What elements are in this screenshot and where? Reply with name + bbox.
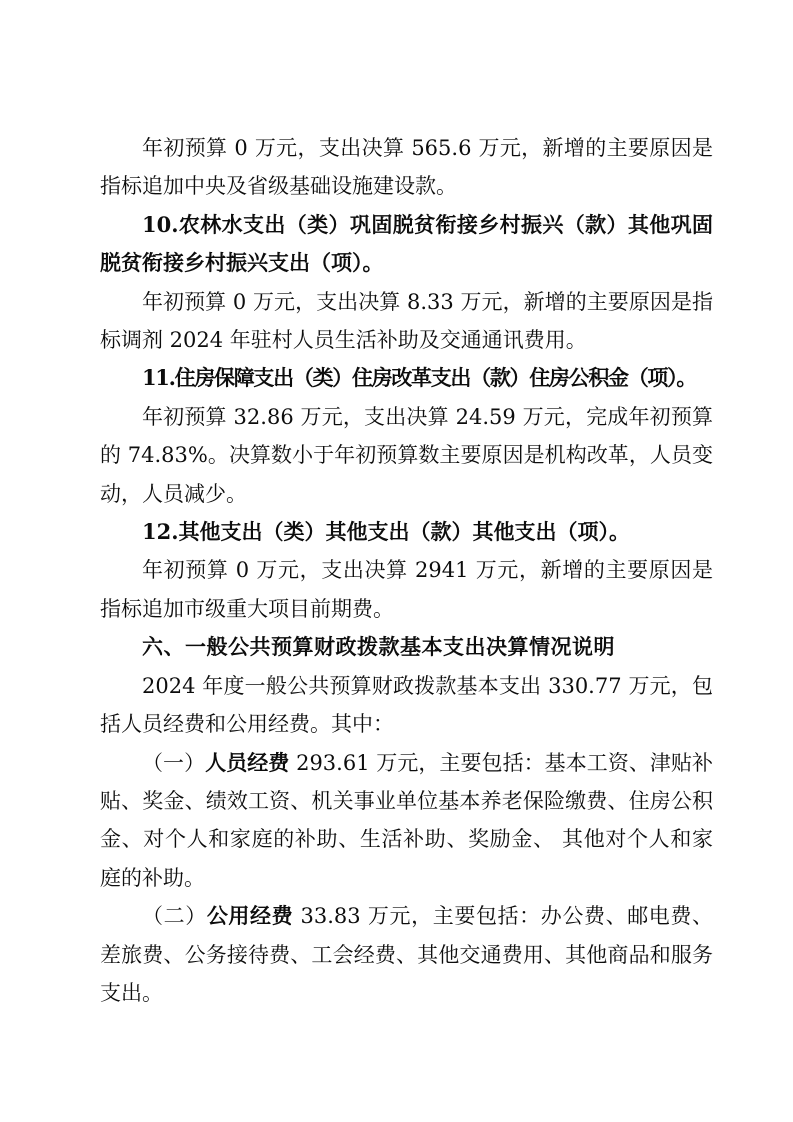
paragraph-budget-8-33: 年初预算 0 万元，支出决算 8.33 万元，新增的主要原因是指标调剂 2024… (100, 283, 713, 360)
term-personnel-expense: 人员经费 (205, 750, 289, 775)
term-public-expense: 公用经费 (207, 903, 293, 928)
paragraph-budget-32-86: 年初预算 32.86 万元，支出决算 24.59 万元，完成年初预算的 74.8… (100, 398, 713, 513)
document-page: 年初预算 0 万元，支出决算 565.6 万元，新增的主要原因是指标追加中央及省… (0, 0, 793, 1122)
paragraph-basic-expenditure-total: 2024 年度一般公共预算财政拨款基本支出 330.77 万元，包括人员经费和公… (100, 667, 713, 744)
subsection-heading-11: 11.住房保障支出（类）住房改革支出（款）住房公积金（项）。 (100, 359, 713, 397)
subsection-heading-10: 10.农林水支出（类）巩固脱贫衔接乡村振兴（款）其他巩固脱贫衔接乡村振兴支出（项… (100, 206, 713, 283)
list-marker-one: （一） (142, 751, 205, 775)
paragraph-budget-2941: 年初预算 0 万元，支出决算 2941 万元，新增的主要原因是指标追加市级重大项… (100, 551, 713, 628)
subsection-heading-12: 12.其他支出（类）其他支出（款）其他支出（项）。 (100, 513, 713, 551)
paragraph-personnel-expense: （一）人员经费 293.61 万元，主要包括：基本工资、津贴补贴、奖金、绩效工资… (100, 744, 713, 898)
paragraph-public-expense: （二）公用经费 33.83 万元，主要包括：办公费、邮电费、差旅费、公务接待费、… (100, 897, 713, 1012)
section-heading-six: 六、一般公共预算财政拨款基本支出决算情况说明 (100, 628, 713, 666)
document-body: 年初预算 0 万元，支出决算 565.6 万元，新增的主要原因是指标追加中央及省… (100, 129, 713, 1012)
list-marker-two: （二） (142, 904, 207, 928)
paragraph-budget-565: 年初预算 0 万元，支出决算 565.6 万元，新增的主要原因是指标追加中央及省… (100, 129, 713, 206)
